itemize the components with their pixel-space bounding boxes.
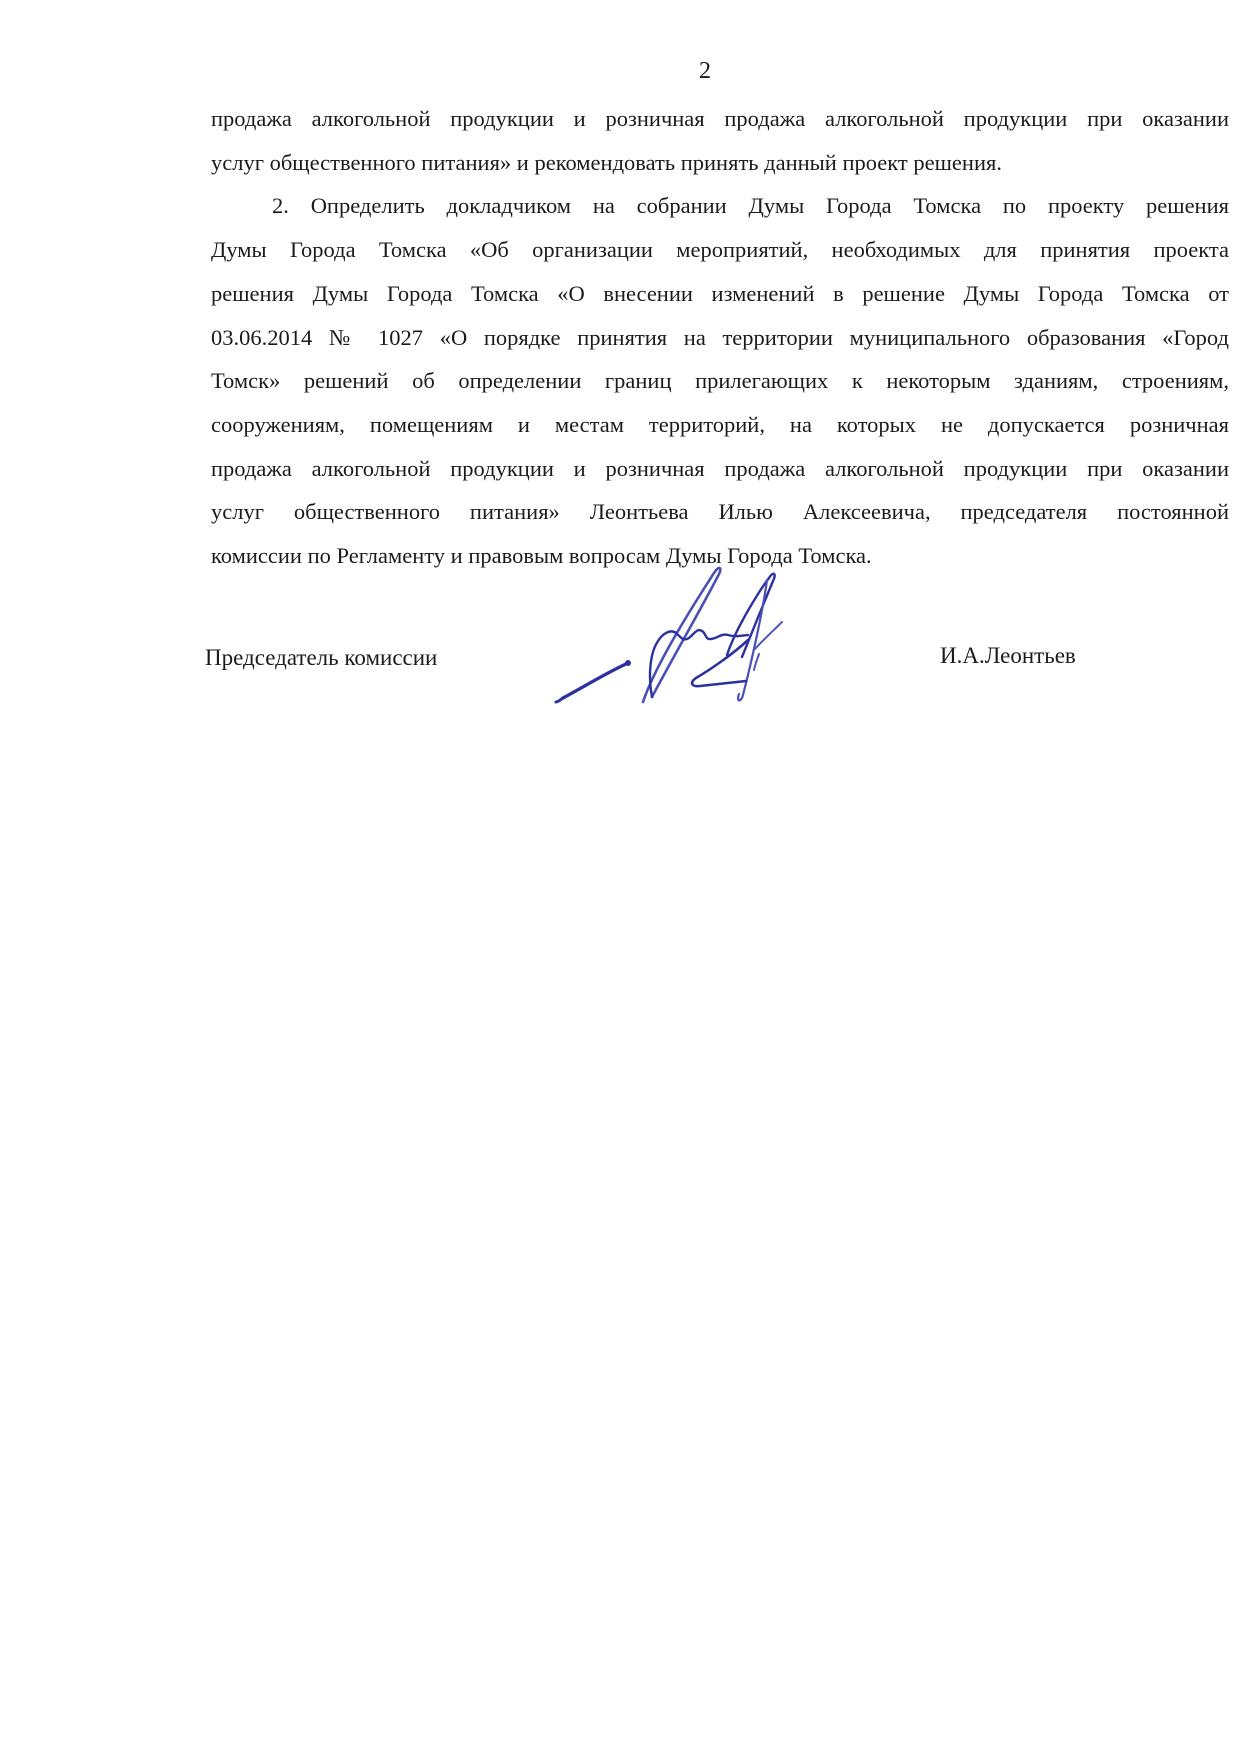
body-line: решения Думы Города Томска «О внесении и… — [211, 272, 1229, 316]
scanned-document-page: 2 продажа алкогольной продукции и рознич… — [0, 0, 1240, 1753]
signer-name: И.А.Леонтьев — [940, 643, 1076, 668]
document-body: продажа алкогольной продукции и рознична… — [211, 97, 1229, 578]
page-number: 2 — [699, 58, 711, 84]
body-line: услуг общественного питания» и рекомендо… — [211, 141, 1229, 185]
body-line: сооружениям, помещениям и местам террито… — [211, 403, 1229, 447]
body-line: 03.06.2014 № 1027 «О порядке принятия на… — [211, 316, 1229, 360]
body-line: Томск» решений об определении границ при… — [211, 359, 1229, 403]
body-line: продажа алкогольной продукции и рознична… — [211, 447, 1229, 491]
body-line: 2. Определить докладчиком на собрании Ду… — [211, 184, 1229, 228]
signer-role: Председатель комиссии — [205, 645, 437, 670]
body-line: услуг общественного питания» Леонтьева И… — [211, 490, 1229, 534]
body-line: Думы Города Томска «Об организации мероп… — [211, 228, 1229, 272]
handwritten-signature-icon — [480, 545, 810, 715]
body-line: продажа алкогольной продукции и рознична… — [211, 97, 1229, 141]
